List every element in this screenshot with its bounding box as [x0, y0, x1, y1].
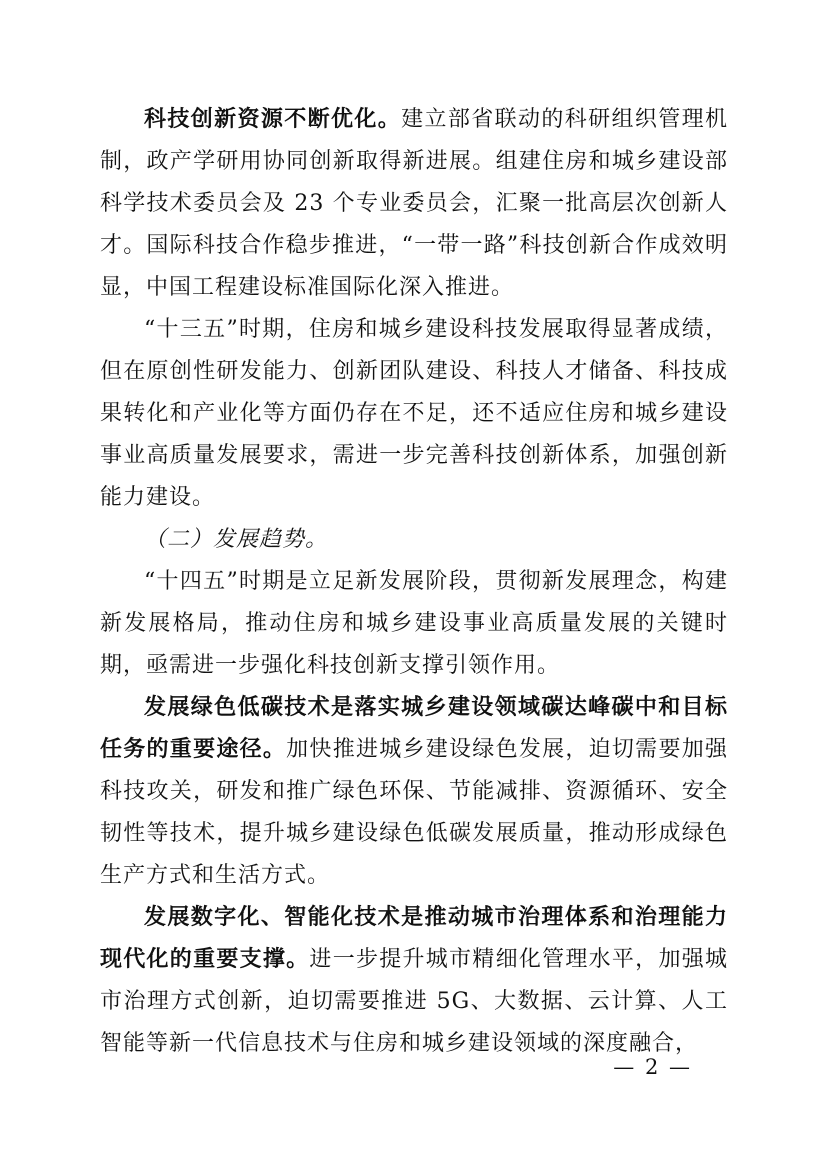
document-page: 科技创新资源不断优化。建立部省联动的科研组织管理机制，政产学研用协同创新取得新进… — [0, 0, 827, 1170]
paragraph-body-text: 建立部省联动的科研组织管理机制，政产学研用协同创新取得新进展。组建住房和城乡建设… — [100, 107, 728, 300]
paragraph-body-text: “十四五”时期是立足新发展阶段，贯彻新发展理念，构建新发展格局，推动住房和城乡建… — [100, 569, 728, 678]
paragraph-14th-five-year-period: “十四五”时期是立足新发展阶段，贯彻新发展理念，构建新发展格局，推动住房和城乡建… — [100, 561, 728, 687]
text-block: 科技创新资源不断优化。建立部省联动的科研组织管理机制，政产学研用协同创新取得新进… — [100, 99, 728, 1065]
paragraph-tech-innovation-resources: 科技创新资源不断优化。建立部省联动的科研组织管理机制，政产学研用协同创新取得新进… — [100, 99, 728, 309]
paragraph-green-low-carbon: 发展绿色低碳技术是落实城乡建设领域碳达峰碳中和目标任务的重要途径。加快推进城乡建… — [100, 687, 728, 897]
page-number: — 2 — — [613, 1052, 692, 1082]
paragraph-13th-five-year-summary: “十三五”时期，住房和城乡建设科技发展取得显著成绩，但在原创性研发能力、创新团队… — [100, 309, 728, 519]
paragraph-body-text: “十三五”时期，住房和城乡建设科技发展取得显著成绩，但在原创性研发能力、创新团队… — [100, 317, 728, 510]
paragraph-digital-intelligent: 发展数字化、智能化技术是推动城市治理体系和治理能力现代化的重要支撑。进一步提升城… — [100, 897, 728, 1065]
section-heading-development-trends: （二）发展趋势。 — [100, 519, 728, 561]
section-heading-text: （二）发展趋势。 — [144, 527, 328, 552]
paragraph-lead-bold: 科技创新资源不断优化。 — [144, 107, 401, 132]
